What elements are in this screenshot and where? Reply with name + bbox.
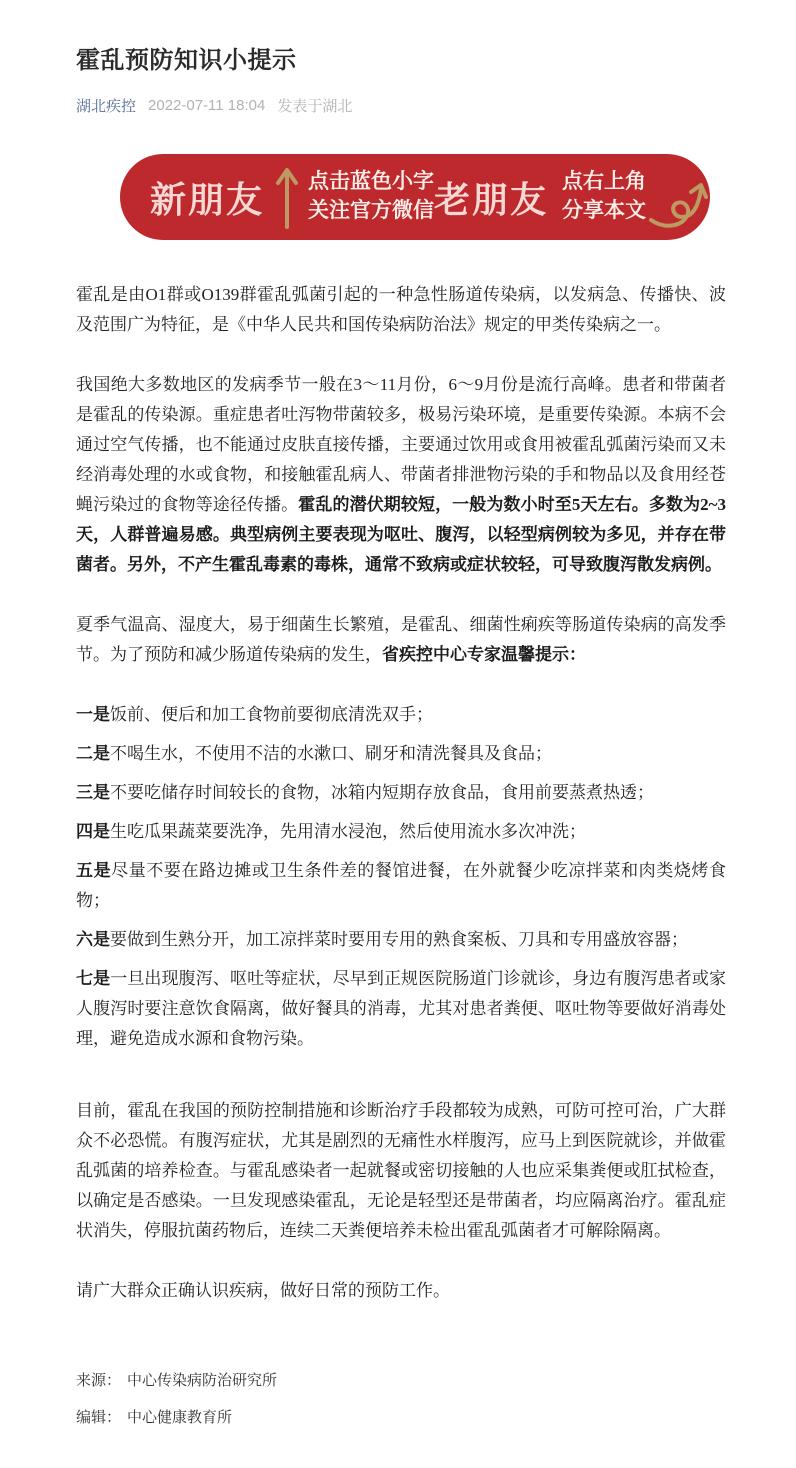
tip-item: 五是尽量不要在路边摊或卫生条件差的餐馆进餐，在外就餐少吃凉拌菜和肉类烧烤食物； [76,856,726,916]
old-friends-line2: 分享本文 [562,197,646,226]
tip-item: 六是要做到生熟分开，加工凉拌菜时要用专用的熟食案板、刀具和专用盛放容器； [76,925,726,955]
follow-share-banner: 新朋友 点击蓝色小字 关注官方微信 老朋友 点右上角 分享本文 [120,154,710,240]
new-friends-label: 新朋友 [150,172,264,223]
paragraph: 请广大群众正确认识疾病，做好日常的预防工作。 [76,1276,726,1306]
tip-item: 三是不要吃储存时间较长的食物，冰箱内短期存放食品，食用前要蒸煮热透； [76,778,726,808]
paragraph: 夏季气温高、湿度大，易于细菌生长繁殖，是霍乱、细菌性痢疾等肠道传染病的高发季节。… [76,610,726,670]
new-friends-line1: 点击蓝色小字 [308,168,434,197]
paragraph: 霍乱是由O1群或O139群霍乱弧菌引起的一种急性肠道传染病，以发病急、传播快、波… [76,280,726,340]
publish-datetime: 2022-07-11 18:04 [148,97,265,114]
tip-item: 七是一旦出现腹泻、呕吐等症状，尽早到正规医院肠道门诊就诊，身边有腹泻患者或家人腹… [76,964,726,1054]
account-link[interactable]: 湖北疾控 [76,95,136,116]
tip-item: 四是生吃瓜果蔬菜要洗净，先用清水浸泡，然后使用流水多次冲洗； [76,817,726,847]
editor-line: 编辑：中心健康教育所 [76,1407,726,1429]
page-title: 霍乱预防知识小提示 [76,40,726,75]
share-curl-arrow-icon [648,172,714,232]
up-arrow-icon [274,165,300,229]
source-label: 来源： [76,1373,121,1389]
new-friends-line2: 关注官方微信 [308,197,434,226]
source-value: 中心传染病防治研究所 [127,1373,277,1389]
editor-label: 编辑： [76,1410,121,1426]
paragraph: 我国绝大多数地区的发病季节一般在3～11月份，6～9月份是流行高峰。患者和带菌者… [76,370,726,580]
editor-value: 中心健康教育所 [127,1410,232,1426]
new-friends-instructions: 点击蓝色小字 关注官方微信 [308,168,434,226]
article-body: 霍乱是由O1群或O139群霍乱弧菌引起的一种急性肠道传染病，以发病急、传播快、波… [76,280,726,1306]
old-friends-line1: 点右上角 [562,168,646,197]
article-footer: 来源：中心传染病防治研究所 编辑：中心健康教育所 [76,1370,726,1429]
tip-item: 二是不喝生水，不使用不洁的水漱口、刷牙和清洗餐具及食品； [76,739,726,769]
old-friends-instructions: 点右上角 分享本文 [562,168,646,226]
tip-item: 一是饭前、便后和加工食物前要彻底清洗双手； [76,700,726,730]
source-line: 来源：中心传染病防治研究所 [76,1370,726,1392]
paragraph: 目前，霍乱在我国的预防控制措施和诊断治疗手段都较为成熟，可防可控可治，广大群众不… [76,1096,726,1246]
byline: 湖北疾控 2022-07-11 18:04 发表于湖北 [76,95,726,116]
old-friends-label: 老朋友 [434,172,548,223]
article-page: 霍乱预防知识小提示 湖北疾控 2022-07-11 18:04 发表于湖北 新朋… [0,0,796,1468]
publish-location: 发表于湖北 [277,95,352,116]
